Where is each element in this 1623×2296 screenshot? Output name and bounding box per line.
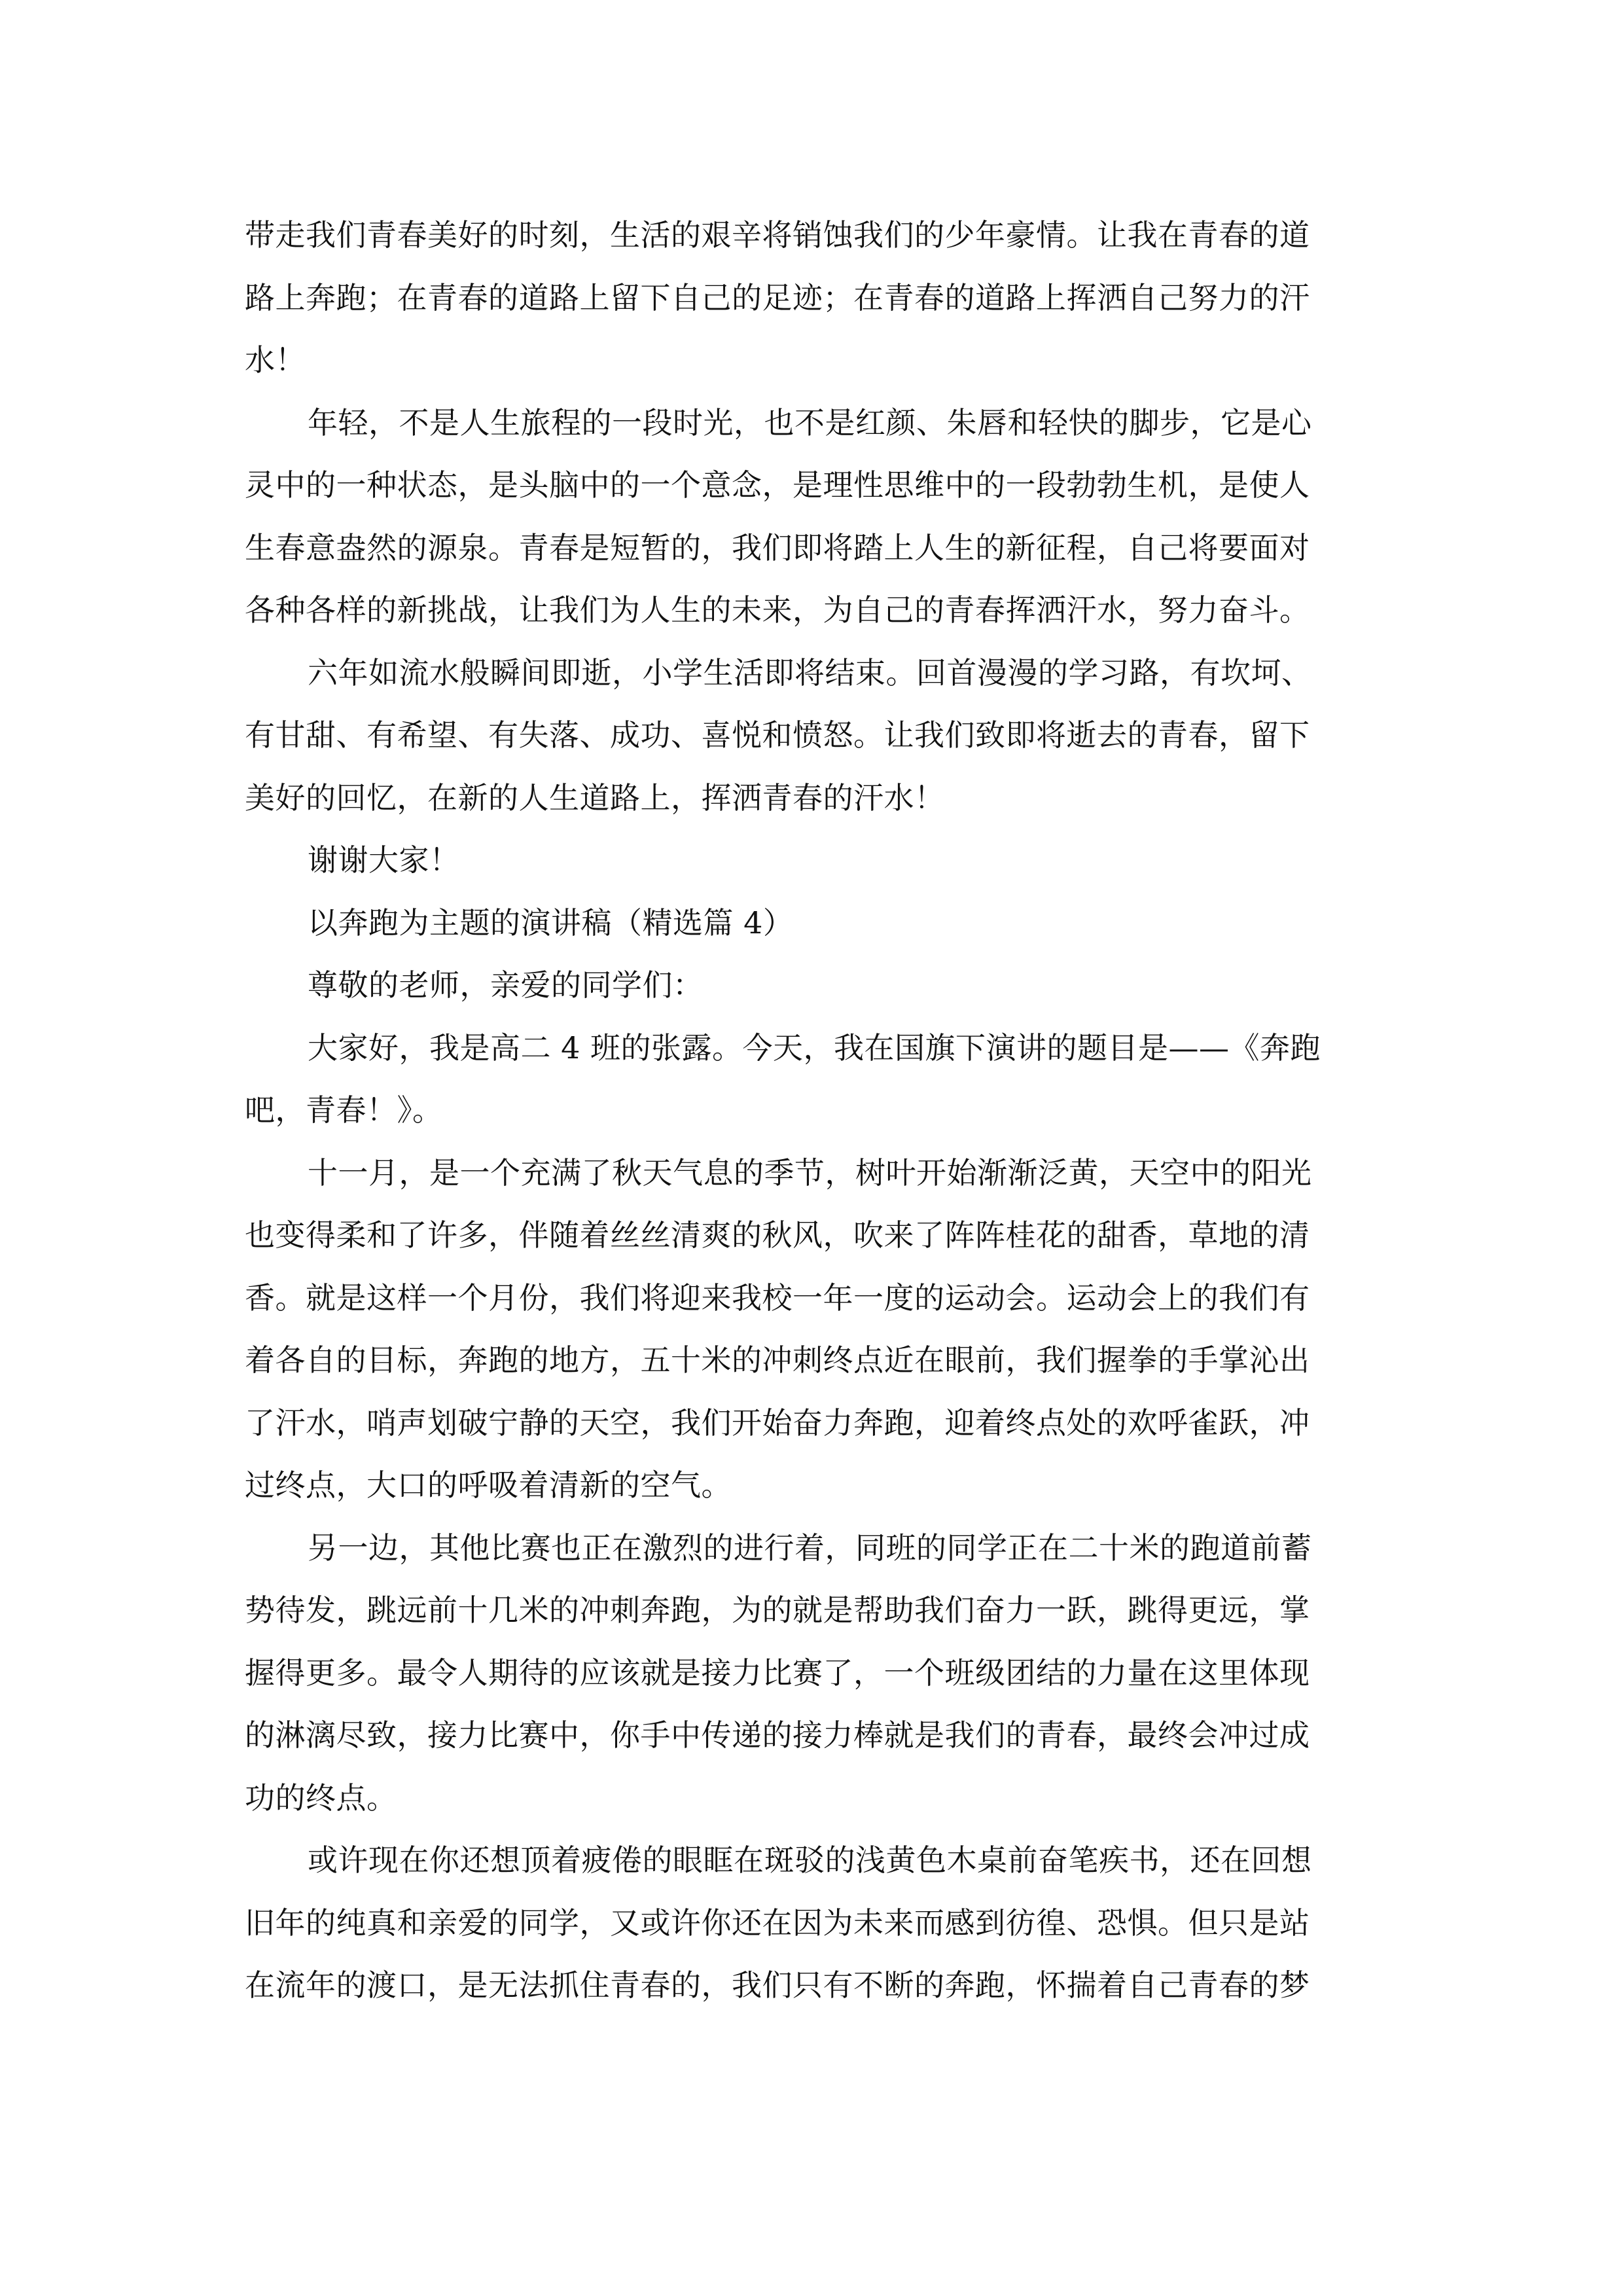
salutation: 尊敬的老师，亲爱的同学们： xyxy=(245,954,1383,1017)
text-line: 或许现在你还想顶着疲倦的眼眶在斑驳的浅黄色木桌前奋笔疾书，还在回想 xyxy=(245,1829,1383,1892)
document-page: 带走我们青春美好的时刻，生活的艰辛将销蚀我们的少年豪情。让我在青春的道 路上奔跑… xyxy=(0,0,1623,2296)
text-line: 灵中的一种状态，是头脑中的一个意念，是理性思维中的一段勃勃生机，是使人 xyxy=(245,454,1383,517)
document-body: 带走我们青春美好的时刻，生活的艰辛将销蚀我们的少年豪情。让我在青春的道 路上奔跑… xyxy=(245,204,1383,2017)
text-line: 带走我们青春美好的时刻，生活的艰辛将销蚀我们的少年豪情。让我在青春的道 xyxy=(245,204,1383,267)
text-line: 过终点，大口的呼吸着清新的空气。 xyxy=(245,1454,1383,1517)
text-line: 十一月，是一个充满了秋天气息的季节，树叶开始渐渐泛黄，天空中的阳光 xyxy=(245,1142,1383,1205)
text-line: 路上奔跑；在青春的道路上留下自己的足迹；在青春的道路上挥洒自己努力的汗 xyxy=(245,267,1383,330)
text-line: 有甘甜、有希望、有失落、成功、喜悦和愤怒。让我们致即将逝去的青春，留下 xyxy=(245,704,1383,767)
text-line: 握得更多。最令人期待的应该就是接力比赛了，一个班级团结的力量在这里体现 xyxy=(245,1642,1383,1705)
text-line: 年轻，不是人生旅程的一段时光，也不是红颜、朱唇和轻快的脚步，它是心 xyxy=(245,392,1383,455)
text-line: 香。就是这样一个月份，我们将迎来我校一年一度的运动会。运动会上的我们有 xyxy=(245,1267,1383,1330)
text-line: 在流年的渡口，是无法抓住青春的，我们只有不断的奔跑，怀揣着自己青春的梦 xyxy=(245,1954,1383,2017)
text-line: 着各自的目标，奔跑的地方，五十米的冲刺终点近在眼前，我们握拳的手掌沁出 xyxy=(245,1329,1383,1392)
text-line: 另一边，其他比赛也正在激烈的进行着，同班的同学正在二十米的跑道前蓄 xyxy=(245,1517,1383,1580)
text-line: 势待发，跳远前十几米的冲刺奔跑，为的就是帮助我们奋力一跃，跳得更远，掌 xyxy=(245,1579,1383,1642)
section-heading: 以奔跑为主题的演讲稿（精选篇 4） xyxy=(245,892,1383,955)
text-line: 水！ xyxy=(245,329,1383,392)
text-line: 的淋漓尽致，接力比赛中，你手中传递的接力棒就是我们的青春，最终会冲过成 xyxy=(245,1704,1383,1767)
text-line: 了汗水，哨声划破宁静的天空，我们开始奋力奔跑，迎着终点处的欢呼雀跃，冲 xyxy=(245,1392,1383,1455)
text-line: 六年如流水般瞬间即逝，小学生活即将结束。回首漫漫的学习路，有坎坷、 xyxy=(245,642,1383,705)
text-line: 各种各样的新挑战，让我们为人生的未来，为自己的青春挥洒汗水，努力奋斗。 xyxy=(245,579,1383,642)
text-line: 也变得柔和了许多，伴随着丝丝清爽的秋风，吹来了阵阵桂花的甜香，草地的清 xyxy=(245,1204,1383,1267)
text-line: 功的终点。 xyxy=(245,1767,1383,1830)
text-line: 吧，青春！》。 xyxy=(245,1079,1383,1142)
text-line: 旧年的纯真和亲爱的同学，又或许你还在因为未来而感到彷徨、恐惧。但只是站 xyxy=(245,1892,1383,1955)
text-line: 大家好，我是高二 4 班的张露。今天，我在国旗下演讲的题目是——《奔跑 xyxy=(245,1017,1383,1080)
text-line: 美好的回忆，在新的人生道路上，挥洒青春的汗水！ xyxy=(245,767,1383,830)
closing-thanks: 谢谢大家！ xyxy=(245,829,1383,892)
text-line: 生春意盎然的源泉。青春是短暂的，我们即将踏上人生的新征程，自己将要面对 xyxy=(245,517,1383,580)
